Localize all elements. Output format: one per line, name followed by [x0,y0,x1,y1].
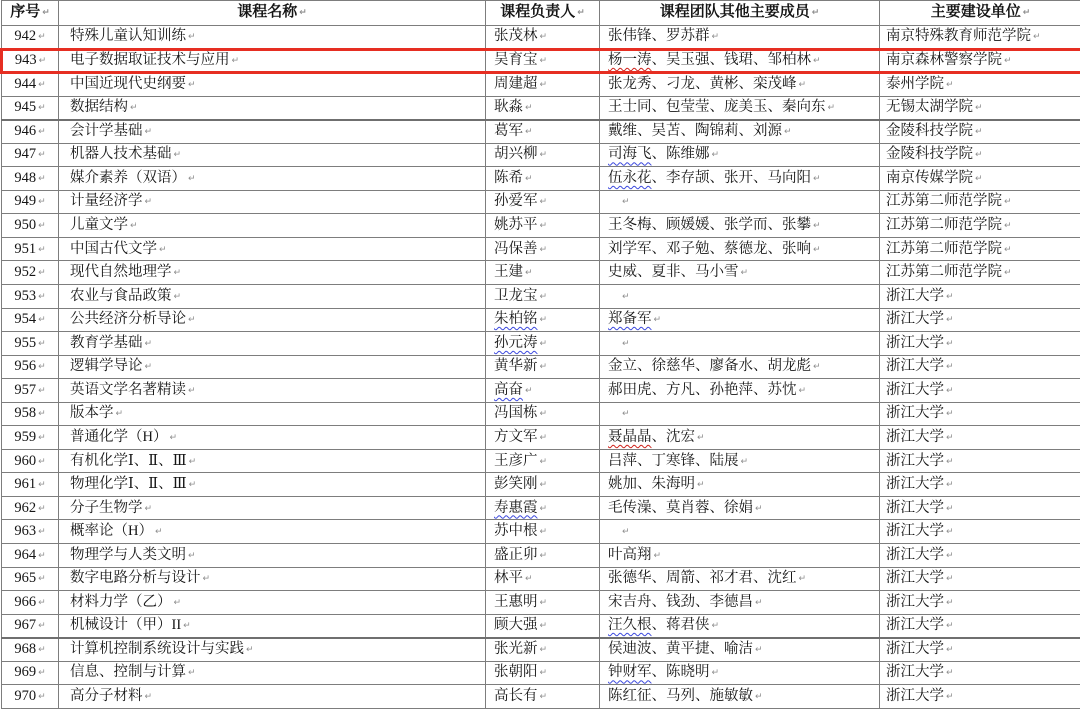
person-name: 张学而 [724,217,768,233]
person-name: 包莹莹 [666,99,710,115]
course-leader-cell: 周建超↵ [486,73,600,97]
paragraph-mark-icon: ↵ [540,645,548,655]
person-name: 宋吉舟 [608,594,652,610]
table-row: 970↵高分子材料↵高长有↵陈红征、马列、施敏敏↵浙江大学↵ [2,685,1080,709]
course-leader-cell: 张朝阳↵ [486,661,600,685]
person-name: 吴育宝 [494,52,538,68]
person-name: 冯国栋 [494,405,538,421]
person-name: 王士同 [608,99,652,115]
person-name: 陈希 [494,170,523,186]
table-row: 942↵特殊儿童认知训练↵张茂林↵张伟锋、罗苏群↵南京特殊教育师范学院↵ [2,26,1080,50]
paragraph-mark-icon: ↵ [183,621,191,631]
table-row: 945↵数据结构↵耿淼↵王士同、包莹莹、庞美玉、秦向东↵无锡太湖学院↵ [2,96,1080,120]
paragraph-mark-icon: ↵ [712,621,720,631]
row-number-cell: 969↵ [2,661,59,685]
paragraph-mark-icon: ↵ [813,221,821,231]
row-number-cell: 953↵ [2,285,59,309]
main-unit-cell: 无锡太湖学院↵ [880,96,1080,120]
table-row: 969↵信息、控制与计算↵张朝阳↵钟财军、陈晓明↵浙江大学↵ [2,661,1080,685]
person-name: 沈宏 [666,429,695,445]
person-name: 孙元涛 [494,335,538,351]
row-number-cell: 966↵ [2,591,59,615]
paragraph-mark-icon: ↵ [1004,197,1012,207]
paragraph-mark-icon: ↵ [38,645,46,655]
paragraph-mark-icon: ↵ [828,103,836,113]
paragraph-mark-icon: ↵ [946,668,954,678]
paragraph-mark-icon: ↵ [203,574,211,584]
paragraph-mark-icon: ↵ [525,127,533,137]
main-unit-cell: 浙江大学↵ [880,308,1080,332]
row-number-cell: 967↵ [2,614,59,638]
paragraph-mark-icon: ↵ [975,150,983,160]
person-name: 张攀 [782,217,811,233]
main-unit-cell: 浙江大学↵ [880,638,1080,662]
person-name: 彭笑刚 [494,476,538,492]
paragraph-mark-icon: ↵ [540,504,548,514]
paragraph-mark-icon: ↵ [174,598,182,608]
paragraph-mark-icon: ↵ [712,32,720,42]
paragraph-mark-icon: ↵ [1004,56,1012,66]
person-name: 毛传澡 [608,500,652,516]
person-name: 林平 [494,570,523,586]
team-members-cell: 司海飞、陈维娜↵ [600,143,880,167]
main-unit-cell: 浙江大学↵ [880,285,1080,309]
paragraph-mark-icon: ↵ [155,527,163,537]
paragraph-mark-icon: ↵ [188,315,196,325]
paragraph-mark-icon: ↵ [540,339,548,349]
person-name: 司海飞 [608,146,652,162]
row-number-cell: 964↵ [2,544,59,568]
course-name-cell: 版本学↵ [59,402,486,426]
table-row: 954↵公共经济分析导论↵朱柏铭↵郑备军↵浙江大学↵ [2,308,1080,332]
row-number-cell: 950↵ [2,214,59,238]
person-name: 顾媛媛 [666,217,710,233]
person-name: 郝田虎 [608,382,652,398]
person-name: 张伟锋 [608,28,652,44]
person-name: 吴玉强 [666,52,710,68]
team-members-cell: 刘学军、邓子勉、蔡德龙、张响↵ [600,237,880,261]
table-row: 961↵物理化学Ⅰ、Ⅱ、Ⅲ↵彭笑刚↵姚加、朱海明↵浙江大学↵ [2,473,1080,497]
paragraph-mark-icon: ↵ [622,527,630,537]
person-name: 马小雪 [695,264,739,280]
person-name: 黄平捷 [666,641,710,657]
course-leader-cell: 张茂林↵ [486,26,600,50]
main-unit-cell: 江苏第二师范学院↵ [880,214,1080,238]
person-name: 王冬梅 [608,217,652,233]
course-leader-cell: 盛正卯↵ [486,544,600,568]
table-row: 949↵计量经济学↵孙爱军↵↵江苏第二师范学院↵ [2,190,1080,214]
table-row: 966↵材料力学（乙）↵王惠明↵宋吉舟、钱劲、李德昌↵浙江大学↵ [2,591,1080,615]
main-unit-cell: 浙江大学↵ [880,402,1080,426]
paragraph-mark-icon: ↵ [813,362,821,372]
person-name: 苏忱 [768,382,797,398]
table-row: 963↵概率论（H）↵苏中根↵↵浙江大学↵ [2,520,1080,544]
course-name-cell: 媒介素养（双语）↵ [59,167,486,191]
row-number-cell: 954↵ [2,308,59,332]
paragraph-mark-icon: ↵ [654,315,662,325]
paragraph-mark-icon: ↵ [697,480,705,490]
paragraph-mark-icon: ↵ [38,621,46,631]
paragraph-mark-icon: ↵ [577,8,585,18]
main-unit-cell: 江苏第二师范学院↵ [880,190,1080,214]
person-name: 胡龙彪 [768,358,812,374]
person-name: 朱海明 [652,476,696,492]
row-number-cell: 968↵ [2,638,59,662]
person-name: 黄彬 [710,76,739,92]
person-name: 胡兴柳 [494,146,538,162]
person-name: 高奋 [494,382,523,398]
paragraph-mark-icon: ↵ [540,409,548,419]
person-name: 王建 [494,264,523,280]
paragraph-mark-icon: ↵ [1004,245,1012,255]
table-row: 968↵计算机控制系统设计与实践↵张光新↵侯迪波、黄平捷、喻洁↵浙江大学↵ [2,638,1080,662]
paragraph-mark-icon: ↵ [946,645,954,655]
paragraph-mark-icon: ↵ [38,457,46,467]
person-name: 夏非 [652,264,681,280]
person-name: 张朝阳 [494,664,538,680]
person-name: 陈红征 [608,688,652,704]
team-members-cell: 王士同、包莹莹、庞美玉、秦向东↵ [600,96,880,120]
person-name: 刘源 [753,123,782,139]
person-name: 蒋君侠 [666,617,710,633]
course-name-cell: 信息、控制与计算↵ [59,661,486,685]
course-leader-cell: 高长有↵ [486,685,600,709]
team-members-cell: 张德华、周箭、祁才君、沈红↵ [600,567,880,591]
person-name: 栾茂峰 [753,76,797,92]
paragraph-mark-icon: ↵ [38,339,46,349]
paragraph-mark-icon: ↵ [39,56,47,66]
paragraph-mark-icon: ↵ [246,645,254,655]
person-name: 朱柏铭 [494,311,538,327]
main-unit-cell: 浙江大学↵ [880,332,1080,356]
paragraph-mark-icon: ↵ [654,551,662,561]
paragraph-mark-icon: ↵ [784,127,792,137]
main-unit-cell: 江苏第二师范学院↵ [880,237,1080,261]
course-leader-cell: 耿淼↵ [486,96,600,120]
paragraph-mark-icon: ↵ [540,315,548,325]
table-row: 944↵中国近现代史纲要↵周建超↵张龙秀、刁龙、黄彬、栾茂峰↵泰州学院↵ [2,73,1080,97]
course-name-cell: 材料力学（乙）↵ [59,591,486,615]
person-name: 邹柏林 [768,52,812,68]
paragraph-mark-icon: ↵ [540,32,548,42]
team-members-cell: 杨一涛、吴玉强、钱珺、邹柏林↵ [600,49,880,73]
person-name: 陶锦莉 [695,123,739,139]
person-name: 廖备水 [710,358,754,374]
paragraph-mark-icon: ↵ [799,386,807,396]
paragraph-mark-icon: ↵ [813,56,821,66]
person-name: 葛军 [494,123,523,139]
person-name: 马列 [666,688,695,704]
paragraph-mark-icon: ↵ [130,103,138,113]
person-name: 史威 [608,264,637,280]
person-name: 庞美玉 [724,99,768,115]
paragraph-mark-icon: ↵ [540,480,548,490]
paragraph-mark-icon: ↵ [38,221,46,231]
course-name-cell: 农业与食品政策↵ [59,285,486,309]
person-name: 郑备军 [608,311,652,327]
person-name: 王彦广 [494,453,538,469]
team-members-cell: 郑备军↵ [600,308,880,332]
paragraph-mark-icon: ↵ [741,457,749,467]
main-unit-cell: 南京传媒学院↵ [880,167,1080,191]
row-number-cell: 965↵ [2,567,59,591]
person-name: 孙爱军 [494,193,538,209]
paragraph-mark-icon: ↵ [525,268,533,278]
paragraph-mark-icon: ↵ [946,457,954,467]
row-number-cell: 962↵ [2,496,59,520]
person-name: 叶高翔 [608,547,652,563]
course-name-cell: 公共经济分析导论↵ [59,308,486,332]
paragraph-mark-icon: ↵ [188,551,196,561]
row-number-cell: 948↵ [2,167,59,191]
person-name: 马向阳 [768,170,812,186]
team-members-cell: 陈红征、马列、施敏敏↵ [600,685,880,709]
paragraph-mark-icon: ↵ [540,527,548,537]
course-name-cell: 分子生物学↵ [59,496,486,520]
paragraph-mark-icon: ↵ [975,103,983,113]
person-name: 罗苏群 [666,28,710,44]
paragraph-mark-icon: ↵ [130,221,138,231]
paragraph-mark-icon: ↵ [946,504,954,514]
main-unit-cell: 浙江大学↵ [880,661,1080,685]
paragraph-mark-icon: ↵ [232,56,240,66]
team-members-cell: 钟财军、陈晓明↵ [600,661,880,685]
paragraph-mark-icon: ↵ [189,457,197,467]
team-members-cell: 汪久根、蒋君侠↵ [600,614,880,638]
course-name-cell: 英语文学名著精读↵ [59,379,486,403]
course-leader-cell: 吴育宝↵ [486,49,600,73]
paragraph-mark-icon: ↵ [38,103,46,113]
paragraph-mark-icon: ↵ [1004,268,1012,278]
person-name: 张龙秀 [608,76,652,92]
paragraph-mark-icon: ↵ [38,668,46,678]
person-name: 陈维娜 [666,146,710,162]
header-row: 序号↵ 课程名称↵ 课程负责人↵ 课程团队其他主要成员↵ 主要建设单位↵ [2,1,1080,26]
paragraph-mark-icon: ↵ [525,103,533,113]
person-name: 吴苫 [652,123,681,139]
person-name: 钟财军 [608,664,652,680]
table-row: 952↵现代自然地理学↵王建↵史威、夏非、马小雪↵江苏第二师范学院↵ [2,261,1080,285]
course-leader-cell: 王惠明↵ [486,591,600,615]
paragraph-mark-icon: ↵ [1033,32,1041,42]
row-number-cell: 951↵ [2,237,59,261]
course-name-cell: 中国古代文学↵ [59,237,486,261]
main-unit-cell: 泰州学院↵ [880,73,1080,97]
person-name: 卫龙宝 [494,288,538,304]
paragraph-mark-icon: ↵ [540,150,548,160]
main-unit-cell: 浙江大学↵ [880,426,1080,450]
person-name: 孙艳萍 [710,382,754,398]
paragraph-mark-icon: ↵ [174,150,182,160]
paragraph-mark-icon: ↵ [145,339,153,349]
course-name-cell: 教育学基础↵ [59,332,486,356]
team-members-cell: 侯迪波、黄平捷、喻洁↵ [600,638,880,662]
row-number-cell: 960↵ [2,449,59,473]
paragraph-mark-icon: ↵ [946,551,954,561]
paragraph-mark-icon: ↵ [145,504,153,514]
row-number-cell: 946↵ [2,120,59,144]
paragraph-mark-icon: ↵ [540,668,548,678]
main-unit-cell: 浙江大学↵ [880,685,1080,709]
person-name: 黄华新 [494,358,538,374]
row-number-cell: 959↵ [2,426,59,450]
paragraph-mark-icon: ↵ [540,433,548,443]
paragraph-mark-icon: ↵ [540,221,548,231]
paragraph-mark-icon: ↵ [946,574,954,584]
course-name-cell: 高分子材料↵ [59,685,486,709]
course-leader-cell: 葛军↵ [486,120,600,144]
paragraph-mark-icon: ↵ [946,339,954,349]
paragraph-mark-icon: ↵ [38,362,46,372]
paragraph-mark-icon: ↵ [188,386,196,396]
course-name-cell: 物理学与人类文明↵ [59,544,486,568]
paragraph-mark-icon: ↵ [174,268,182,278]
paragraph-mark-icon: ↵ [799,80,807,90]
table-row-highlighted: 943↵电子数据取证技术与应用↵吴育宝↵杨一涛、吴玉强、钱珺、邹柏林↵南京森林警… [2,49,1080,73]
person-name: 张响 [782,241,811,257]
person-name: 张开 [724,170,753,186]
course-leader-cell: 苏中根↵ [486,520,600,544]
paragraph-mark-icon: ↵ [813,245,821,255]
person-name: 高长有 [494,688,538,704]
team-members-cell: 金立、徐慈华、廖备水、胡龙彪↵ [600,355,880,379]
paragraph-mark-icon: ↵ [812,8,820,18]
course-leader-cell: 彭笑刚↵ [486,473,600,497]
paragraph-mark-icon: ↵ [946,315,954,325]
course-name-cell: 机械设计（甲）II↵ [59,614,486,638]
row-number-cell: 970↵ [2,685,59,709]
person-name: 张茂林 [494,28,538,44]
team-members-cell: ↵ [600,285,880,309]
person-name: 戴维 [608,123,637,139]
paragraph-mark-icon: ↵ [38,692,46,702]
course-leader-cell: 孙爱军↵ [486,190,600,214]
course-leader-cell: 姚苏平↵ [486,214,600,238]
person-name: 祁才君 [710,570,754,586]
paragraph-mark-icon: ↵ [712,150,720,160]
row-number-cell: 949↵ [2,190,59,214]
course-leader-cell: 王建↵ [486,261,600,285]
table-row: 951↵中国古代文学↵冯保善↵刘学军、邓子勉、蔡德龙、张响↵江苏第二师范学院↵ [2,237,1080,261]
paragraph-mark-icon: ↵ [755,645,763,655]
course-leader-cell: 冯国栋↵ [486,402,600,426]
paragraph-mark-icon: ↵ [525,174,533,184]
row-number-cell: 956↵ [2,355,59,379]
person-name: 李存颉 [666,170,710,186]
course-name-cell: 计量经济学↵ [59,190,486,214]
team-members-cell: 聂晶晶、沈宏↵ [600,426,880,450]
course-name-cell: 概率论（H）↵ [59,520,486,544]
team-members-cell: 伍永花、李存颉、张开、马向阳↵ [600,167,880,191]
paragraph-mark-icon: ↵ [1023,8,1031,18]
course-name-cell: 会计学基础↵ [59,120,486,144]
paragraph-mark-icon: ↵ [38,292,46,302]
course-table: 序号↵ 课程名称↵ 课程负责人↵ 课程团队其他主要成员↵ 主要建设单位↵ 942… [0,0,1080,709]
team-members-cell: 毛传澡、莫肖蓉、徐娟↵ [600,496,880,520]
person-name: 徐娟 [724,500,753,516]
header-main-unit: 主要建设单位↵ [880,1,1080,26]
person-name: 陆展 [710,453,739,469]
paragraph-mark-icon: ↵ [188,174,196,184]
course-leader-cell: 冯保善↵ [486,237,600,261]
person-name: 聂晶晶 [608,429,652,445]
person-name: 钱珺 [724,52,753,68]
header-row-number: 序号↵ [2,1,59,26]
main-unit-cell: 浙江大学↵ [880,473,1080,497]
paragraph-mark-icon: ↵ [188,32,196,42]
person-name: 盛正卯 [494,547,538,563]
paragraph-mark-icon: ↵ [38,409,46,419]
paragraph-mark-icon: ↵ [38,386,46,396]
team-members-cell: 张伟锋、罗苏群↵ [600,26,880,50]
main-unit-cell: 浙江大学↵ [880,449,1080,473]
table-row: 965↵数字电路分析与设计↵林平↵张德华、周箭、祁才君、沈红↵浙江大学↵ [2,567,1080,591]
paragraph-mark-icon: ↵ [741,268,749,278]
paragraph-mark-icon: ↵ [145,197,153,207]
course-leader-cell: 高奋↵ [486,379,600,403]
paragraph-mark-icon: ↵ [946,527,954,537]
paragraph-mark-icon: ↵ [540,80,548,90]
course-leader-cell: 朱柏铭↵ [486,308,600,332]
paragraph-mark-icon: ↵ [540,197,548,207]
main-unit-cell: 浙江大学↵ [880,355,1080,379]
paragraph-mark-icon: ↵ [946,409,954,419]
main-unit-cell: 浙江大学↵ [880,496,1080,520]
person-name: 秦向东 [782,99,826,115]
person-name: 丁寒锋 [652,453,696,469]
paragraph-mark-icon: ↵ [540,621,548,631]
course-name-cell: 数字电路分析与设计↵ [59,567,486,591]
paragraph-mark-icon: ↵ [169,433,177,443]
paragraph-mark-icon: ↵ [540,245,548,255]
table-row: 967↵机械设计（甲）II↵顾大强↵汪久根、蒋君侠↵浙江大学↵ [2,614,1080,638]
course-name-cell: 物理化学Ⅰ、Ⅱ、Ⅲ↵ [59,473,486,497]
paragraph-mark-icon: ↵ [540,362,548,372]
person-name: 刘学军 [608,241,652,257]
course-leader-cell: 寿惠霞↵ [486,496,600,520]
main-unit-cell: 金陵科技学院↵ [880,120,1080,144]
paragraph-mark-icon: ↵ [174,292,182,302]
paragraph-mark-icon: ↵ [38,268,46,278]
paragraph-mark-icon: ↵ [1004,221,1012,231]
person-name: 邓子勉 [666,241,710,257]
row-number-cell: 958↵ [2,402,59,426]
paragraph-mark-icon: ↵ [38,527,46,537]
team-members-cell: 姚加、朱海明↵ [600,473,880,497]
paragraph-mark-icon: ↵ [145,362,153,372]
table-row: 948↵媒介素养（双语）↵陈希↵伍永花、李存颉、张开、马向阳↵南京传媒学院↵ [2,167,1080,191]
course-name-cell: 特殊儿童认知训练↵ [59,26,486,50]
paragraph-mark-icon: ↵ [38,32,46,42]
paragraph-mark-icon: ↵ [946,480,954,490]
row-number-cell: 955↵ [2,332,59,356]
team-members-cell: 戴维、吴苫、陶锦莉、刘源↵ [600,120,880,144]
row-number-cell: 943↵ [2,49,59,73]
main-unit-cell: 浙江大学↵ [880,520,1080,544]
course-leader-cell: 王彦广↵ [486,449,600,473]
table-row: 947↵机器人技术基础↵胡兴柳↵司海飞、陈维娜↵金陵科技学院↵ [2,143,1080,167]
person-name: 方凡 [666,382,695,398]
main-unit-cell: 金陵科技学院↵ [880,143,1080,167]
course-name-cell: 数据结构↵ [59,96,486,120]
person-name: 张光新 [494,641,538,657]
team-members-cell: 叶高翔↵ [600,544,880,568]
person-name: 陈晓明 [666,664,710,680]
course-name-cell: 有机化学Ⅰ、Ⅱ、Ⅲ↵ [59,449,486,473]
person-name: 冯保善 [494,241,538,257]
paragraph-mark-icon: ↵ [540,292,548,302]
paragraph-mark-icon: ↵ [540,56,548,66]
